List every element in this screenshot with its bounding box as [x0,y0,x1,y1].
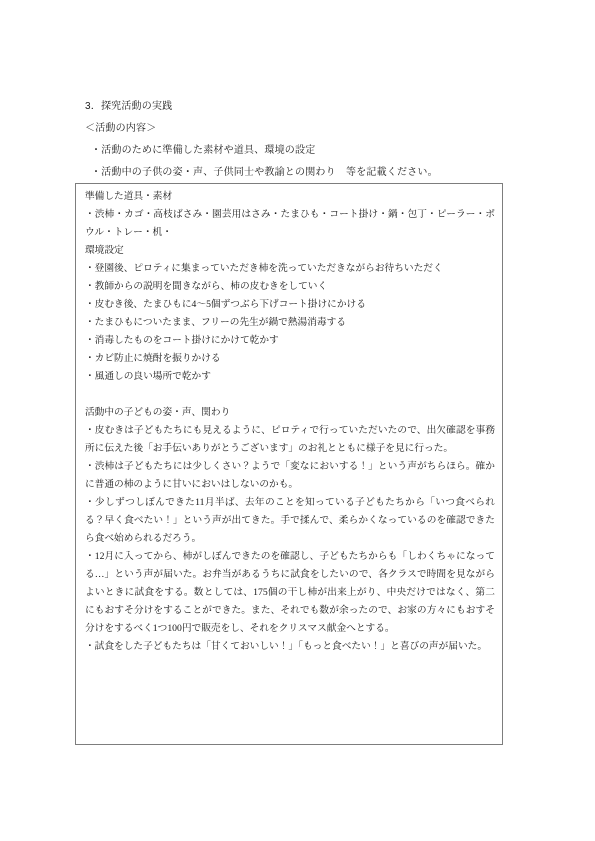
activity-item: ・少しずつしぼんできた11月半ば、去年のことを知っている子どもたちから「いつ食べ… [85,494,495,548]
instruction-line: ・活動のために準備した素材や道具、環境の設定 [91,140,525,162]
environment-item: ・カビ防止に焼酎を振りかける [85,350,495,368]
environment-heading: 環境設定 [85,242,495,260]
section-heading: 3．探究活動の実践 [85,96,525,118]
activity-content-box: 準備した道具・素材 ・渋柿・カゴ・高枝ばさみ・園芸用はさみ・たまひも・コート掛け… [75,183,503,745]
spacer [85,386,495,404]
section-label: ＜活動の内容＞ [85,118,525,140]
environment-item: ・登園後、ピロティに集まっていただき柿を洗っていただきながらお待ちいただく [85,260,495,278]
activity-item: ・皮むきは子どもたちにも見えるように、ピロティで行っていただいたので、出欠確認を… [85,422,495,458]
activity-item: ・12月に入ってから、柿がしぼんできたのを確認し、子どもたちからも「しわくちゃに… [85,548,495,638]
environment-item: ・風通しの良い場所で乾かす [85,368,495,386]
instruction-line: ・活動中の子供の姿・声、子供同士や教諭との関わり 等を記載ください。 [91,162,525,184]
activity-item: ・試食をした子どもたちは「甘くておいしい！」「もっと食べたい！」と喜びの声が届い… [85,638,495,656]
document-header: 3．探究活動の実践 ＜活動の内容＞ ・活動のために準備した素材や道具、環境の設定… [85,96,525,184]
environment-item: ・皮むき後、たまひもに4～5個ずつぶら下げコート掛けにかける [85,296,495,314]
environment-item: ・教師からの説明を聞きながら、柿の皮むきをしていく [85,278,495,296]
activity-item: ・渋柿は子どもたちには少しくさい？ようで「変なにおいする！」という声がちらほら。… [85,458,495,494]
activity-heading: 活動中の子どもの姿・声、関わり [85,404,495,422]
environment-item: ・消毒したものをコート掛けにかけて乾かす [85,332,495,350]
environment-item: ・たまひもについたまま、フリーの先生が鍋で熱湯消毒する [85,314,495,332]
document-page: 3．探究活動の実践 ＜活動の内容＞ ・活動のために準備した素材や道具、環境の設定… [0,0,595,841]
materials-list: ・渋柿・カゴ・高枝ばさみ・園芸用はさみ・たまひも・コート掛け・鍋・包丁・ピーラー… [85,206,495,242]
materials-heading: 準備した道具・素材 [85,188,495,206]
